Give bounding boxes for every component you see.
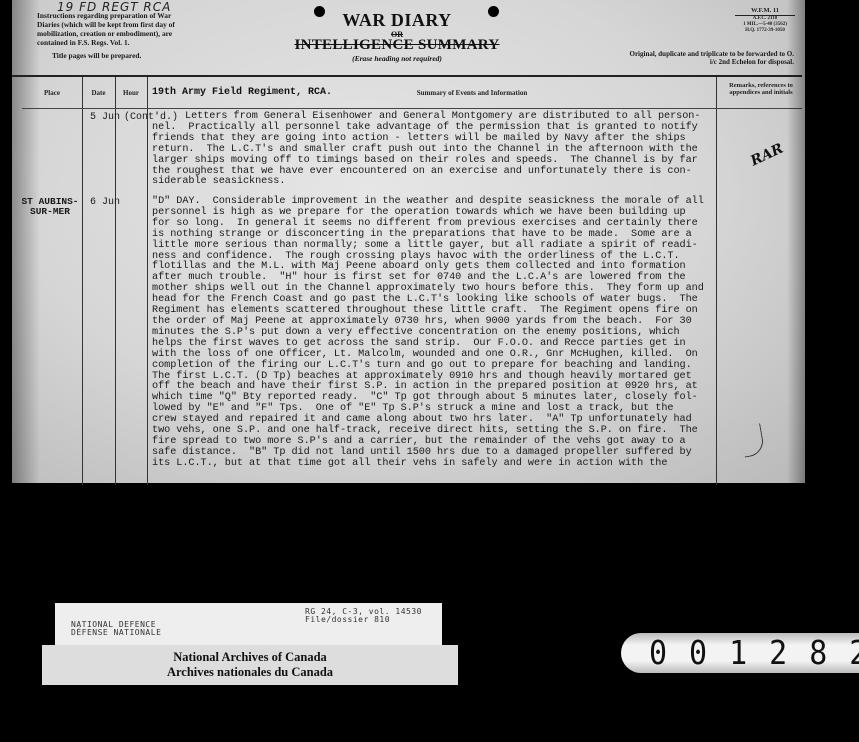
form-number: W.F.M. 11 <box>735 8 795 16</box>
entry-text: "D" DAY. Considerable improvement in the… <box>152 197 704 470</box>
archives-name-fr: Archives nationales du Canada <box>42 665 458 680</box>
file-reference: File/dossier 810 <box>305 616 422 624</box>
war-diary-page: 19 FD REGT RCA Instructions regarding pr… <box>12 0 805 483</box>
archive-reference: RG 24, C-3, vol. 14530 File/dossier 810 <box>305 608 422 624</box>
heading-struck-title: INTELLIGENCE SUMMARY <box>262 37 532 54</box>
diary-table: Place Date Hour 19th Army Field Regiment… <box>12 75 802 485</box>
form-ref-line: H.Q. 1772-39-1050 <box>735 28 795 34</box>
department-fr: DÉFENSE NATIONALE <box>71 629 161 637</box>
column-divider <box>115 77 116 485</box>
header-divider <box>22 108 802 109</box>
column-divider <box>716 77 717 485</box>
disposal-note: Original, duplicate and triplicate to be… <box>624 50 794 66</box>
entry-date: 5 Jun <box>90 112 120 123</box>
diary-heading: WAR DIARY OR INTELLIGENCE SUMMARY (Erase… <box>262 10 532 63</box>
column-divider <box>147 77 148 485</box>
entry-place: ST AUBINS- SUR-MER <box>19 197 81 217</box>
remarks-initials: RAR <box>748 141 786 170</box>
instructions-block: Instructions regarding preparation of Wa… <box>37 11 187 60</box>
column-header-summary: Summary of Events and Information <box>352 89 592 97</box>
archive-reference-label: NATIONAL DEFENCE DÉFENSE NATIONALE RG 24… <box>55 603 442 647</box>
column-header-date: Date <box>82 89 115 97</box>
frame-counter-digits: 001282 <box>649 634 859 673</box>
column-header-place: Place <box>22 89 82 97</box>
form-reference: W.F.M. 11 A.F.C. 2118 1 MIL.—5-40 (3562)… <box>735 8 795 34</box>
pencil-mark <box>739 423 765 457</box>
archives-label: National Archives of Canada Archives nat… <box>42 645 458 685</box>
unit-name: 19th Army Field Regiment, RCA. <box>152 87 332 98</box>
column-divider <box>82 77 83 485</box>
title-pages-note: Title pages will be prepared. <box>37 51 187 60</box>
entry-date: 6 Jun <box>90 197 120 208</box>
heading-title: WAR DIARY <box>262 10 532 31</box>
entry-text: nel. Practically all personnel take adva… <box>152 123 698 188</box>
column-header-remarks: Remarks, references to appendices and in… <box>721 82 801 96</box>
frame-counter: 001282 <box>621 633 859 673</box>
instructions-text: Instructions regarding preparation of Wa… <box>37 11 187 47</box>
heading-erase-note: (Erase heading not required) <box>262 54 532 63</box>
department-name: NATIONAL DEFENCE DÉFENSE NATIONALE <box>71 621 161 637</box>
column-header-hour: Hour <box>115 89 147 97</box>
archives-name-en: National Archives of Canada <box>42 650 458 665</box>
